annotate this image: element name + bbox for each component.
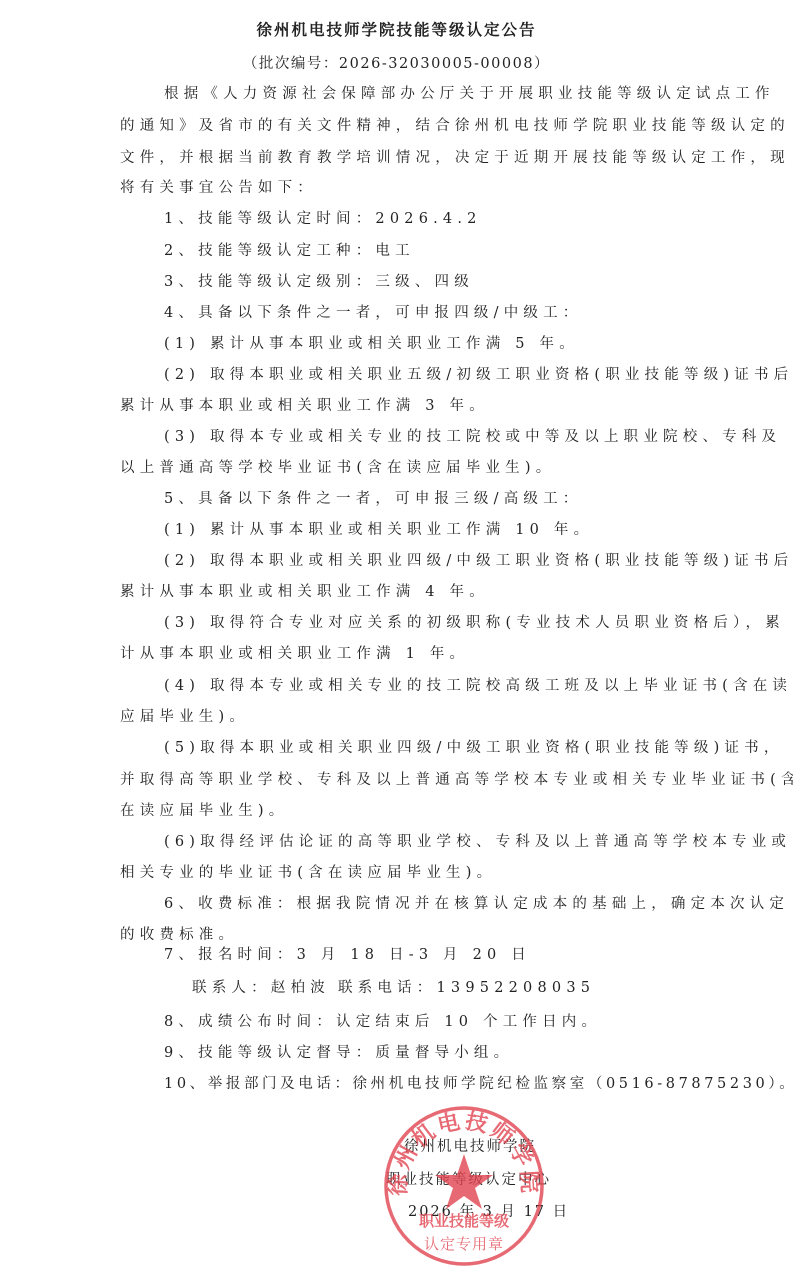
item-5-5: (5)取得本职业或相关职业四级/中级工职业资格(职业技能等级)证书， — [164, 738, 784, 758]
item-5-5-cont2: 在读应届毕业生)。 — [120, 801, 288, 821]
item-3: 3、技能等级认定级别：三级、四级 — [164, 272, 474, 292]
contact-person: 联系人：赵柏波 — [192, 978, 330, 998]
signature-org: 徐州机电技师学院 — [404, 1135, 536, 1156]
batch-number: （批次编号：2026-32030005-00008） — [0, 52, 793, 73]
item-1: 1、技能等级认定时间：2026.4.2 — [164, 209, 482, 229]
notice-title: 徐州机电技师学院技能等级认定公告 — [0, 18, 793, 40]
item-4: 4、具备以下条件之一者，可申报四级/中级工： — [164, 303, 583, 323]
intro-line: 根据《人力资源社会保障部办公厅关于开展职业技能等级认定试点工作 — [164, 84, 775, 104]
item-5-3-cont: 计从事本职业或相关职业工作满 1 年。 — [120, 644, 469, 664]
item-4-3: (3) 取得本专业或相关专业的技工院校或中等及以上职业院校、专科及 — [164, 427, 781, 447]
item-5-3: (3) 取得符合专业对应关系的初级职称(专业技术人员职业资格后），累 — [164, 613, 785, 633]
signature-date: 2026 年 3 月 17 日 — [408, 1200, 569, 1221]
item-5-4: (4) 取得本专业或相关专业的技工院校高级工班及以上毕业证书(含在读 — [164, 676, 792, 696]
item-4-3-cont: 以上普通高等学校毕业证书(含在读应届毕业生)。 — [120, 458, 555, 478]
item-5-6-cont: 相关专业的毕业证书(含在读应届毕业生)。 — [120, 863, 496, 883]
item-10: 10、举报部门及电话：徐州机电技师学院纪检监察室（0516-87875230）。 — [164, 1074, 793, 1094]
intro-line: 将有关事宜公告如下： — [120, 178, 317, 198]
item-5: 5、具备以下条件之一者，可申报三级/高级工： — [164, 489, 583, 509]
item-5-6: (6)取得经评估论证的高等职业学校、专科及以上普通高等学校本专业或 — [164, 832, 791, 852]
contact-phone: 联系电话：13952208035 — [338, 978, 595, 998]
intro-line: 文件，并根据当前教育教学培训情况，决定于近期开展技能等级认定工作，现 — [120, 148, 790, 168]
item-4-2: (2) 取得本职业或相关职业五级/初级工职业资格(职业技能等级)证书后， — [164, 365, 793, 385]
intro-line: 的通知》及省市的有关文件精神，结合徐州机电技师学院职业技能等级认定的 — [120, 116, 790, 136]
item-5-2-cont: 累计从事本职业或相关职业工作满 4 年。 — [120, 582, 489, 602]
item-6-cont: 的收费标准。 — [120, 925, 238, 945]
item-5-2: (2) 取得本职业或相关职业四级/中级工职业资格(职业技能等级)证书后， — [164, 551, 793, 571]
item-2: 2、技能等级认定工种：电工 — [164, 241, 415, 261]
item-7: 7、报名时间：3 月 18 日-3 月 20 日 — [164, 945, 531, 965]
item-4-2-cont: 累计从事本职业或相关职业工作满 3 年。 — [120, 396, 489, 416]
item-5-4-cont: 应届毕业生)。 — [120, 707, 249, 727]
item-9: 9、技能等级认定督导：质量督导小组。 — [164, 1043, 513, 1063]
item-6: 6、收费标准：根据我院情况并在核算认定成本的基础上，确定本次认定 — [164, 894, 789, 914]
item-5-1: (1) 累计从事本职业或相关职业工作满 10 年。 — [164, 520, 593, 540]
item-4-1: (1) 累计从事本职业或相关职业工作满 5 年。 — [164, 334, 579, 354]
item-5-5-cont: 并取得高等职业学校、专科及以上普通高等学校本专业或相关专业毕业证书(含 — [120, 770, 793, 790]
svg-text:认定专用章: 认定专用章 — [424, 1235, 504, 1253]
item-8: 8、成绩公布时间：认定结束后 10 个工作日内。 — [164, 1012, 601, 1032]
signature-dept: 职业技能等级认定中心 — [386, 1168, 551, 1189]
